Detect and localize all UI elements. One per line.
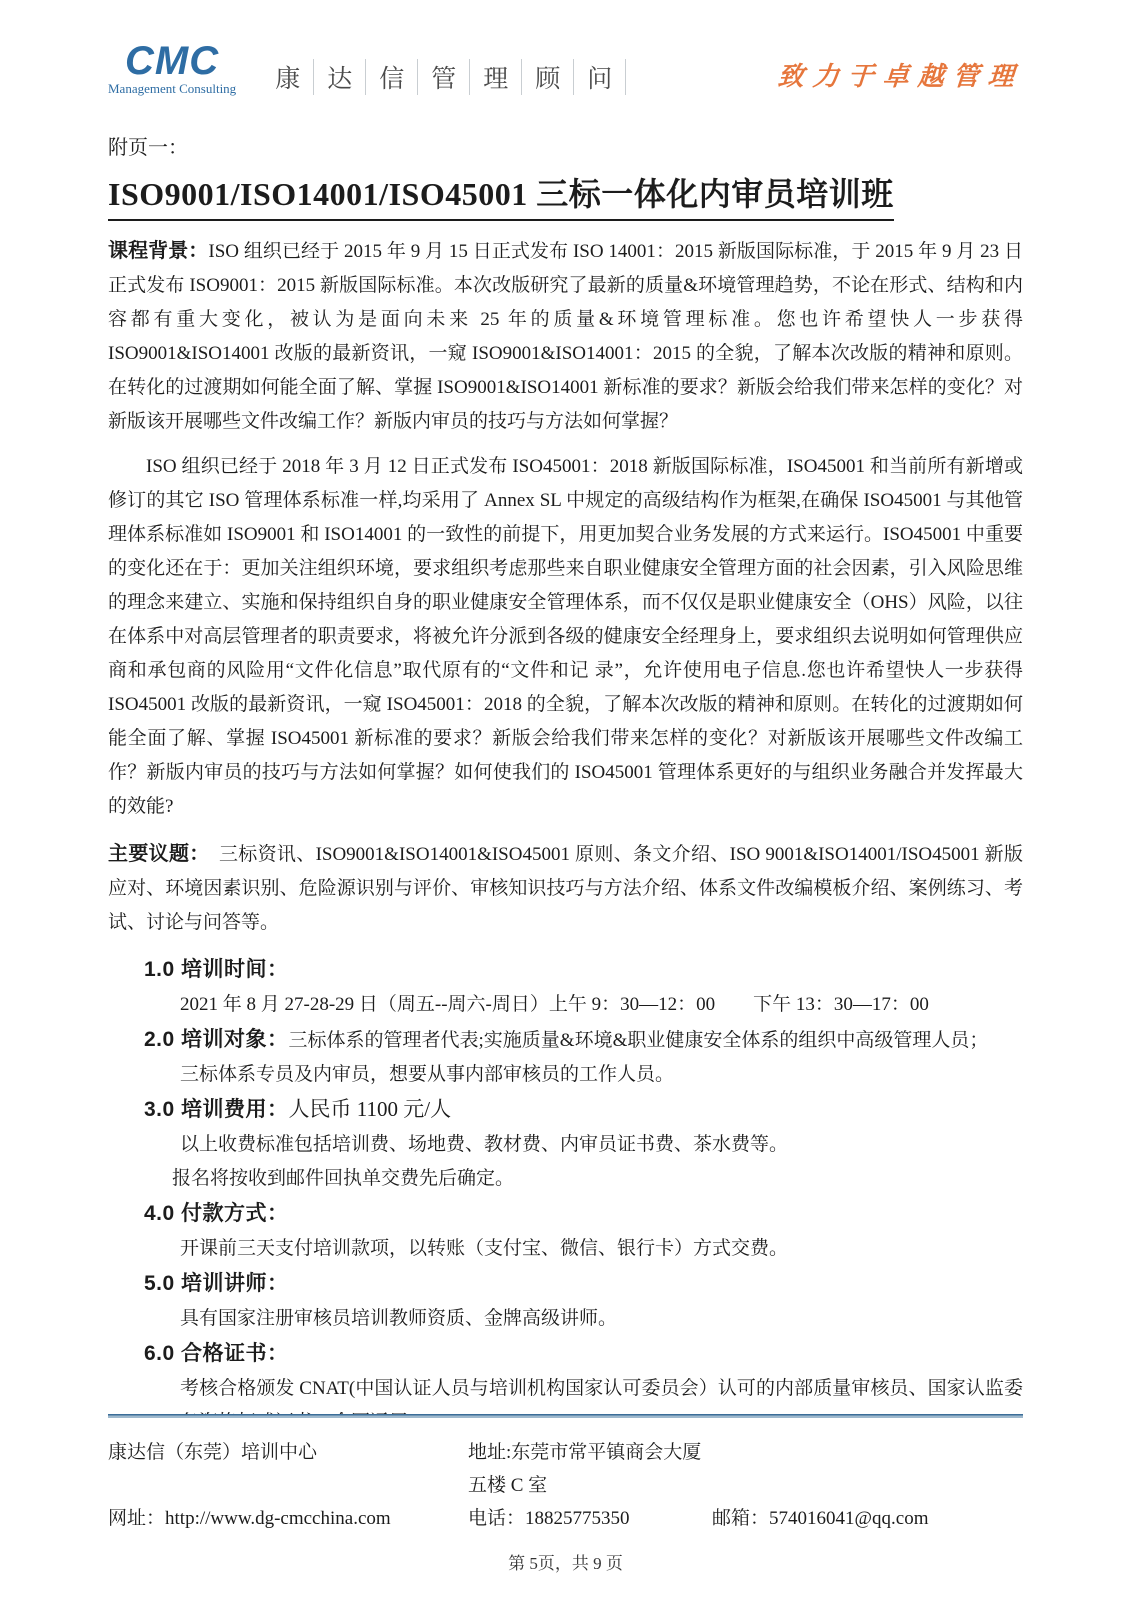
- section-training-fee: 3.0 培训费用：人民币 1100 元/人 以上收费标准包括培训费、场地费、教材…: [108, 1092, 1023, 1196]
- footer-email: 邮箱：574016041@qq.com: [712, 1502, 1023, 1535]
- trainer-line: 具有国家注册审核员培训教师资质、金牌高级讲师。: [180, 1302, 1023, 1336]
- brand-char: 管: [418, 59, 469, 95]
- section-training-audience: 2.0 培训对象：三标体系的管理者代表;实施质量&环境&职业健康安全体系的组织中…: [108, 1022, 1023, 1092]
- section-heading: 1.0 培训时间：: [144, 958, 289, 981]
- brand-characters: 康达信管理顾问: [262, 59, 626, 95]
- training-audience-line: 三标体系专员及内审员，想要从事内部审核员的工作人员。: [180, 1058, 1023, 1092]
- brand-char: 康: [262, 59, 313, 95]
- iso45001-paragraph: ISO 组织已经于 2018 年 3 月 12 日正式发布 ISO45001：2…: [108, 450, 1023, 824]
- course-background-text: ISO 组织已经于 2015 年 9 月 15 日正式发布 ISO 14001：…: [108, 241, 1023, 432]
- brand-char: 达: [314, 59, 365, 95]
- course-background-paragraph: 课程背景：ISO 组织已经于 2015 年 9 月 15 日正式发布 ISO 1…: [108, 234, 1023, 439]
- training-time-line: 2021 年 8 月 27-28-29 日（周五--周六-周日）上午 9：30—…: [180, 988, 1023, 1022]
- training-fee-amount: 人民币 1100 元/人: [289, 1097, 452, 1121]
- main-topics-paragraph: 主要议题： 三标资讯、ISO9001&ISO14001&ISO45001 原则、…: [108, 837, 1023, 940]
- footer-phone: 电话：18825775350: [468, 1502, 712, 1535]
- section-trainer: 5.0 培训讲师： 具有国家注册审核员培训教师资质、金牌高级讲师。: [108, 1266, 1023, 1336]
- section-training-time: 1.0 培训时间： 2021 年 8 月 27-28-29 日（周五--周六-周…: [108, 952, 1023, 1022]
- company-slogan: 致力于卓越管理: [777, 56, 1025, 93]
- footer-org: 康达信（东莞）培训中心: [108, 1436, 468, 1502]
- page-title-text: ISO9001/ISO14001/ISO45001 三标一体化内审员培训班: [108, 172, 894, 221]
- training-audience-inline: 三标体系的管理者代表;实施质量&环境&职业健康安全体系的组织中高级管理人员；: [289, 1030, 989, 1051]
- section-heading: 5.0 培训讲师：: [144, 1272, 289, 1295]
- brand-char: 顾: [522, 59, 573, 95]
- footer-divider: [108, 1414, 1023, 1418]
- section-heading: 4.0 付款方式：: [144, 1202, 289, 1225]
- section-list: 1.0 培训时间： 2021 年 8 月 27-28-29 日（周五--周六-周…: [108, 952, 1023, 1474]
- section-heading: 3.0 培训费用：: [144, 1098, 289, 1121]
- training-fee-note-line: 报名将按收到邮件回执单交费先后确定。: [172, 1162, 1023, 1196]
- page-title: ISO9001/ISO14001/ISO45001 三标一体化内审员培训班: [108, 172, 1023, 221]
- footer-address: 地址:东莞市常平镇商会大厦五楼 C 室: [468, 1436, 712, 1502]
- brand-char: 信: [366, 59, 417, 95]
- training-fee-includes-line: 以上收费标准包括培训费、场地费、教材费、内审员证书费、茶水费等。: [180, 1128, 1023, 1162]
- document-page: CMC Management Consulting 康达信管理顾问 致力于卓越管…: [0, 0, 1131, 1600]
- course-background-label: 课程背景：: [108, 240, 208, 262]
- section-heading: 6.0 合格证书：: [144, 1342, 289, 1365]
- page-footer: 康达信（东莞）培训中心 地址:东莞市常平镇商会大厦五楼 C 室 网址：http:…: [0, 1414, 1131, 1600]
- page-header: CMC Management Consulting 康达信管理顾问 致力于卓越管…: [108, 0, 1023, 97]
- cmc-logo: CMC Management Consulting: [108, 42, 236, 97]
- brand-separator: [625, 59, 626, 95]
- page-number: 第 5页，共 9 页: [108, 1549, 1023, 1574]
- brand-char: 理: [470, 59, 521, 95]
- cmc-logo-subtext: Management Consulting: [108, 81, 236, 97]
- footer-phone-number: 18825775350: [525, 1508, 630, 1529]
- footer-website: 网址：http://www.dg-cmcchina.com: [108, 1502, 468, 1535]
- brand-char: 问: [574, 59, 625, 95]
- attachment-label: 附页一：: [108, 131, 1023, 160]
- main-topics-label: 主要议题：: [108, 843, 200, 865]
- payment-method-line: 开课前三天支付培训款项，以转账（支付宝、微信、银行卡）方式交费。: [180, 1232, 1023, 1266]
- cmc-logo-text: CMC: [125, 42, 219, 80]
- main-topics-text: 三标资讯、ISO9001&ISO14001&ISO45001 原则、条文介绍、I…: [108, 844, 1023, 933]
- section-heading: 2.0 培训对象：: [144, 1028, 289, 1051]
- section-payment-method: 4.0 付款方式： 开课前三天支付培训款项，以转账（支付宝、微信、银行卡）方式交…: [108, 1196, 1023, 1266]
- footer-website-url: http://www.dg-cmcchina.com: [165, 1508, 391, 1529]
- footer-email-address: 574016041@qq.com: [769, 1508, 928, 1529]
